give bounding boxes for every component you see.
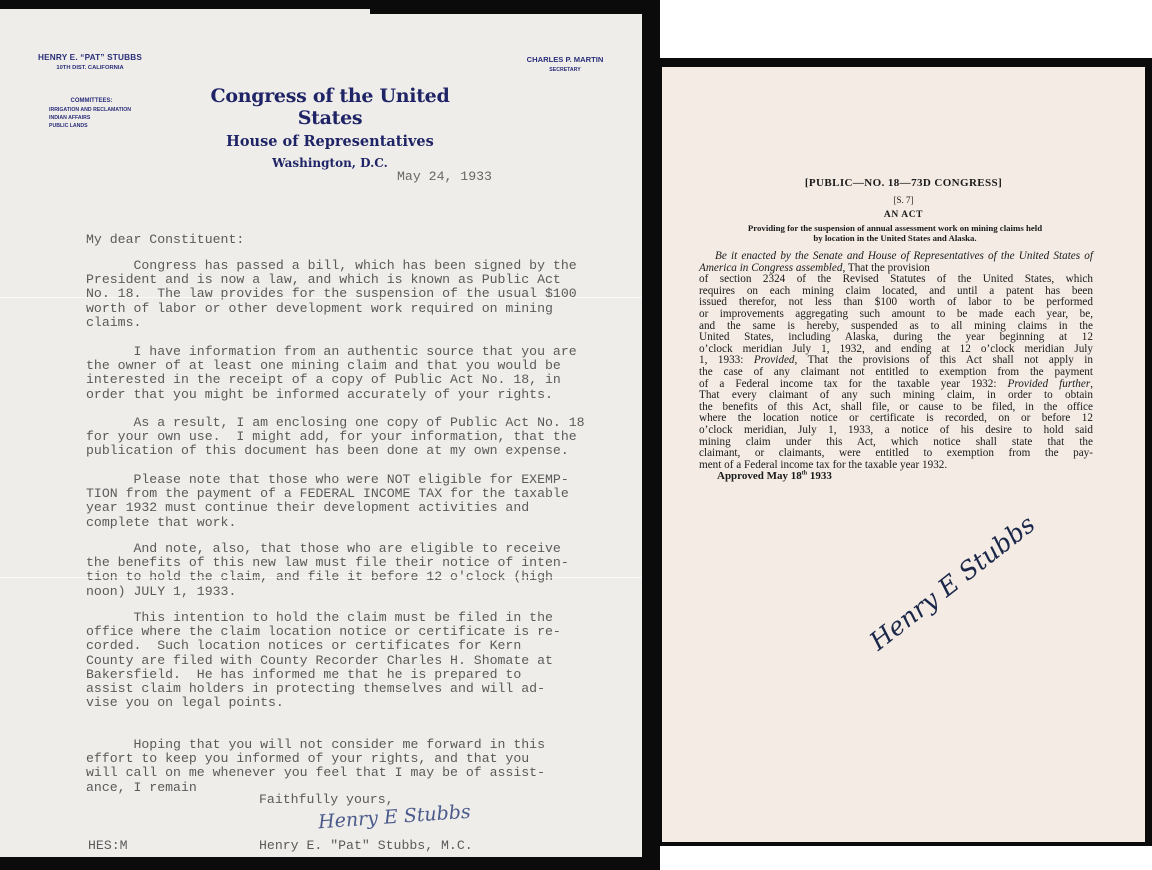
act-line: claimant, or claimants, were entitled to… (699, 448, 1093, 460)
act-line: United States, including Alaska, during … (699, 332, 1093, 344)
paragraph: This intention to hold the claim must be… (86, 611, 561, 710)
member-name: HENRY E. “PAT” STUBBS (30, 53, 150, 62)
act-heading: AN ACT (662, 210, 1145, 220)
closing: Faithfully yours, (259, 793, 394, 807)
letterhead-committees: COMMITTEES: IRRIGATION AND RECLAMATION I… (49, 97, 134, 130)
handwritten-signature: Henry E Stubbs (864, 509, 1040, 656)
committee-item: INDIAN AFFAIRS (49, 114, 134, 122)
enacting-tail: , That the provision (842, 262, 929, 274)
purpose-line: by location in the United States and Ala… (700, 234, 1090, 244)
provided-italic: Provided (754, 354, 795, 366)
congress-title: Congress of the United States (180, 85, 480, 129)
approved-year: 1933 (810, 470, 832, 482)
bill-number: [S. 7] (662, 195, 1145, 205)
letterhead-title: Congress of the United States House of R… (180, 85, 480, 170)
act-purpose: Providing for the suspension of annual a… (700, 224, 1090, 243)
provided-further-italic: Provided further (1008, 378, 1091, 390)
approved-text: Approved May 18 (717, 470, 802, 482)
typist-initials: HES:M (88, 839, 128, 853)
act-line: That every claimant of any such mining c… (699, 390, 1093, 402)
salutation: My dear Constituent: (86, 233, 244, 247)
paragraph: And note, also, that those who are eligi… (86, 542, 569, 599)
letter-date: May 24, 1933 (397, 170, 492, 184)
act-title: [PUBLIC—NO. 18—73D CONGRESS] (662, 177, 1145, 189)
letterhead-member: HENRY E. “PAT” STUBBS 10TH DIST. CALIFOR… (30, 53, 150, 71)
fold-line (0, 577, 642, 578)
act-line: o’clock meridian, July 1, 1933, a notice… (699, 425, 1093, 437)
enacting-clause: Be it enacted by the Senate and House of… (699, 251, 1093, 274)
provided-rest: , That the provisions of this Act shall … (795, 354, 1094, 366)
provided-prefix: 1, 1933: (699, 354, 743, 366)
approved-date: Approved May 18th 1933 (717, 470, 832, 482)
house-title: House of Representatives (180, 133, 480, 150)
paragraph: I have information from an authentic sou… (86, 345, 577, 402)
public-act-page: [PUBLIC—NO. 18—73D CONGRESS] [S. 7] AN A… (662, 67, 1145, 842)
typed-signature: Henry E. "Pat" Stubbs, M.C. (259, 839, 473, 853)
committees-heading: COMMITTEES: (49, 97, 134, 105)
approved-ordinal: th (802, 470, 807, 476)
paragraph: As a result, I am enclosing one copy of … (86, 416, 585, 459)
fold-line (0, 297, 642, 298)
secretary-name: CHARLES P. MARTIN (515, 55, 615, 64)
city-title: Washington, D.C. (180, 156, 480, 170)
act-body: Be it enacted by the Senate and House of… (699, 251, 1093, 471)
act-line: or improvements aggregating such amount … (699, 309, 1093, 321)
constituent-letter: HENRY E. “PAT” STUBBS 10TH DIST. CALIFOR… (0, 9, 642, 857)
committee-item: PUBLIC LANDS (49, 122, 134, 130)
paragraph: Hoping that you will not consider me for… (86, 738, 545, 795)
paragraph: Please note that those who were NOT elig… (86, 473, 569, 530)
member-district: 10TH DIST. CALIFORNIA (30, 65, 150, 71)
letterhead-secretary: CHARLES P. MARTIN SECRETARY (515, 55, 615, 73)
further-prefix: of a Federal income tax for the taxable … (699, 378, 996, 390)
letter-top-edge (370, 0, 660, 14)
secretary-title: SECRETARY (515, 67, 615, 73)
committee-item: IRRIGATION AND RECLAMATION (49, 106, 134, 114)
paragraph: Congress has passed a bill, which has be… (86, 259, 577, 330)
